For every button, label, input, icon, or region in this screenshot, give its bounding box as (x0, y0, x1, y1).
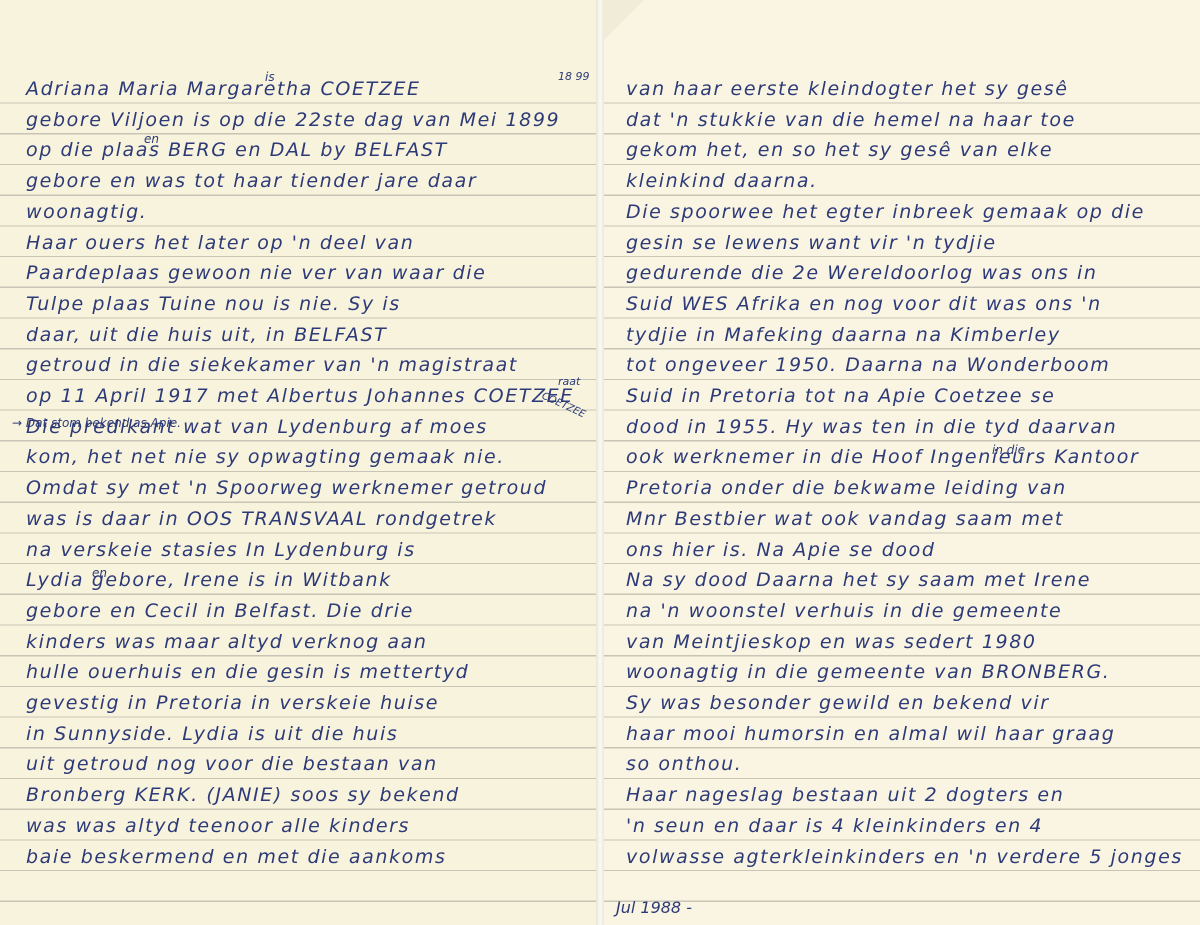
signoff-date: Jul 1988 - (616, 898, 692, 917)
left-line-13: kom, het net nie sy opwagting gemaak nie… (26, 442, 586, 472)
left-line-26: baie beskermend en met die aankoms (26, 842, 586, 872)
left-line-17: Lydia gebore, Irene is in Witbank (26, 565, 586, 595)
right-line-12: dood in 1955. Hy was ten in die tyd daar… (626, 412, 1190, 442)
insertion-en-2: en (92, 566, 107, 580)
page-gutter (596, 0, 604, 925)
magistraat-suffix: raat (558, 375, 580, 388)
right-line-23: so onthou. (626, 749, 1190, 779)
left-line-9: daar, uit die huis uit, in BELFAST (26, 320, 586, 350)
left-line-6: Haar ouers het later op 'n deel van (26, 228, 586, 258)
right-line-26: volwasse agterkleinkinders en 'n verdere… (626, 842, 1190, 872)
right-line-24: Haar nageslag bestaan uit 2 dogters en (626, 780, 1190, 810)
right-line-19: van Meintjieskop en was sedert 1980 (626, 627, 1190, 657)
left-line-20: hulle ouerhuis en die gesin is mettertyd (26, 657, 586, 687)
right-line-16: ons hier is. Na Apie se dood (626, 535, 1190, 565)
right-line-8: Suid WES Afrika en nog voor dit was ons … (626, 289, 1190, 319)
left-line-2: gebore Viljoen is op die 22ste dag van M… (26, 105, 586, 135)
margin-note: → Dat stom bekend as Apie. (12, 416, 181, 430)
left-line-5: woonagtig. (26, 197, 586, 227)
right-line-3: gekom het, en so het sy gesê van elke (626, 135, 1190, 165)
insertion-en: en (144, 132, 159, 146)
left-line-23: uit getroud nog voor die bestaan van (26, 749, 586, 779)
left-line-16: na verskeie stasies In Lydenburg is (26, 535, 586, 565)
insertion-in-die: in die (992, 443, 1025, 457)
left-line-1: Adriana Maria Margaretha COETZEE (26, 74, 586, 104)
left-line-24: Bronberg KERK. (JANIE) soos sy bekend (26, 780, 586, 810)
right-line-9: tydjie in Mafeking daarna na Kimberley (626, 320, 1190, 350)
left-line-21: gevestig in Pretoria in verskeie huise (26, 688, 586, 718)
right-line-25: 'n seun en daar is 4 kleinkinders en 4 (626, 811, 1190, 841)
right-line-18: na 'n woonstel verhuis in die gemeente (626, 596, 1190, 626)
right-line-5: Die spoorwee het egter inbreek gemaak op… (626, 197, 1190, 227)
left-page-text: Adriana Maria Margaretha COETZEEgebore V… (0, 0, 596, 925)
left-line-8: Tulpe plaas Tuine nou is nie. Sy is (26, 289, 586, 319)
right-line-10: tot ongeveer 1950. Daarna na Wonderboom (626, 350, 1190, 380)
left-line-18: gebore en Cecil in Belfast. Die drie (26, 596, 586, 626)
left-line-22: in Sunnyside. Lydia is uit die huis (26, 719, 586, 749)
right-page: van haar eerste kleindogter het sy gesêd… (604, 0, 1200, 925)
right-line-2: dat 'n stukkie van die hemel na haar toe (626, 105, 1190, 135)
right-line-11: Suid in Pretoria tot na Apie Coetzee se (626, 381, 1190, 411)
left-line-7: Paardeplaas gewoon nie ver van waar die (26, 258, 586, 288)
year-annotation: 18 99 (558, 70, 590, 83)
right-page-text: van haar eerste kleindogter het sy gesêd… (604, 0, 1200, 925)
right-line-4: kleinkind daarna. (626, 166, 1190, 196)
left-line-10: getroud in die siekekamer van 'n magistr… (26, 350, 586, 380)
insertion-is: is (265, 70, 275, 84)
right-line-14: Pretoria onder die bekwame leiding van (626, 473, 1190, 503)
right-line-17: Na sy dood Daarna het sy saam met Irene (626, 565, 1190, 595)
left-line-3: op die plaas BERG en DAL by BELFAST (26, 135, 586, 165)
left-line-11: op 11 April 1917 met Albertus Johannes C… (26, 381, 586, 411)
left-line-4: gebore en was tot haar tiender jare daar (26, 166, 586, 196)
right-line-1: van haar eerste kleindogter het sy gesê (626, 74, 1190, 104)
left-line-25: was was altyd teenoor alle kinders (26, 811, 586, 841)
right-line-15: Mnr Bestbier wat ook vandag saam met (626, 504, 1190, 534)
left-line-15: was is daar in OOS TRANSVAAL rondgetrek (26, 504, 586, 534)
left-line-19: kinders was maar altyd verknog aan (26, 627, 586, 657)
right-line-6: gesin se lewens want vir 'n tydjie (626, 228, 1190, 258)
right-line-7: gedurende die 2e Wereldoorlog was ons in (626, 258, 1190, 288)
right-line-22: haar mooi humorsin en almal wil haar gra… (626, 719, 1190, 749)
right-line-13: ook werknemer in die Hoof Ingenieurs Kan… (626, 442, 1190, 472)
left-page: Adriana Maria Margaretha COETZEEgebore V… (0, 0, 596, 925)
left-line-14: Omdat sy met 'n Spoorweg werknemer getro… (26, 473, 586, 503)
right-line-20: woonagtig in die gemeente van BRONBERG. (626, 657, 1190, 687)
right-line-21: Sy was besonder gewild en bekend vir (626, 688, 1190, 718)
